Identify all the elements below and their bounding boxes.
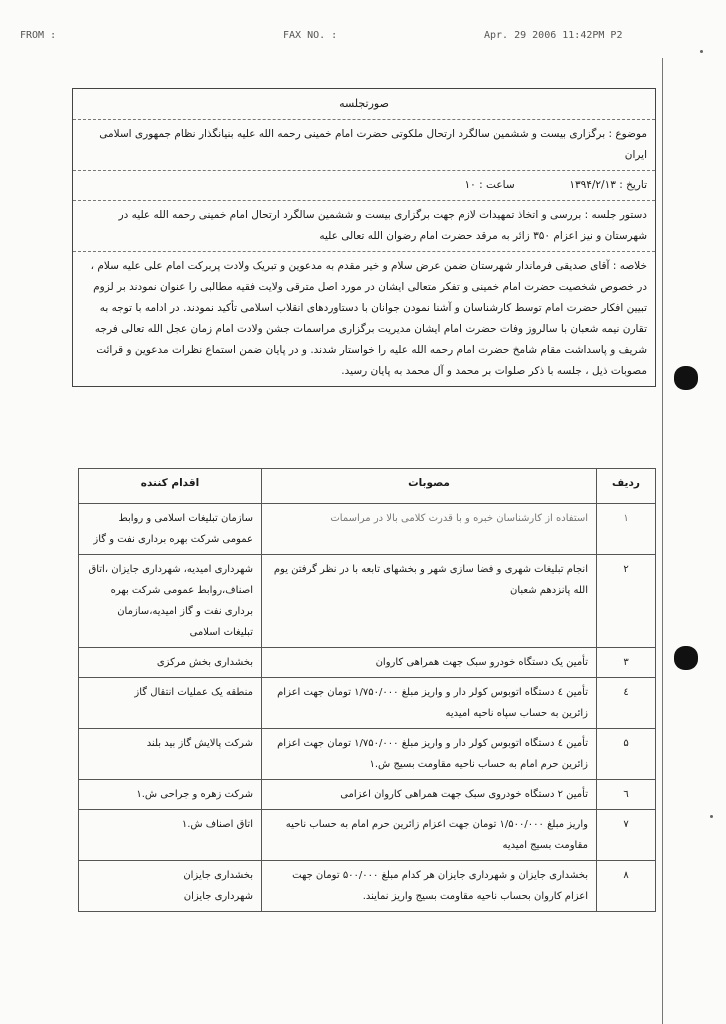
- date-time-row: تاریخ : ۱۳۹۴/۲/۱۳ ساعت : ۱۰: [73, 171, 655, 201]
- table-row: ۷ واریز مبلغ ۱/۵۰۰/۰۰۰ تومان جهت اعزام ز…: [79, 810, 656, 861]
- header-resolution: مصوبات: [262, 469, 597, 504]
- fax-number: FAX NO. :: [283, 30, 337, 41]
- table-row: ٦ تأمین ۲ دستگاه خودروی سبک جهت همراهی ک…: [79, 780, 656, 810]
- table-row: ٤ تأمین ٤ دستگاه اتوبوس کولر دار و واریز…: [79, 678, 656, 729]
- fax-from: FROM :: [20, 30, 56, 41]
- actor-text: منطقه یک عملیات انتقال گاز: [79, 678, 262, 729]
- table-row: ۸ بخشداری جایزان و شهرداری جایزان هر کدا…: [79, 861, 656, 912]
- row-number: ٤: [597, 678, 656, 729]
- minutes-box: صورتجلسه موضوع : برگزاری بیست و ششمین سا…: [72, 88, 656, 387]
- actor-text: شهرداری امیدیه، شهرداری جایزان ،اتاق اصن…: [79, 555, 262, 648]
- agenda-row: دستور جلسه : بررسی و اتخاذ تمهیدات لازم …: [73, 201, 655, 252]
- row-number: ۱: [597, 504, 656, 555]
- resolution-text: انجام تبلیغات شهری و فضا سازی شهر و بخشه…: [262, 555, 597, 648]
- resolution-text: واریز مبلغ ۱/۵۰۰/۰۰۰ تومان جهت اعزام زائ…: [262, 810, 597, 861]
- resolution-text: تأمین یک دستگاه خودرو سبک جهت همراهی کار…: [262, 648, 597, 678]
- table-row: ۲ انجام تبلیغات شهری و فضا سازی شهر و بخ…: [79, 555, 656, 648]
- resolution-text: استفاده از کارشناسان خبره و با قدرت کلام…: [262, 504, 597, 555]
- minutes-title: صورتجلسه: [73, 89, 655, 120]
- resolution-text: تأمین ۲ دستگاه خودروی سبک جهت همراهی کار…: [262, 780, 597, 810]
- table-row: ۱ استفاده از کارشناسان خبره و با قدرت کل…: [79, 504, 656, 555]
- actor-text: سازمان تبلیغات اسلامی و روابط عمومی شرکت…: [79, 504, 262, 555]
- scan-speck: [700, 50, 703, 53]
- subject-label: موضوع :: [608, 128, 647, 140]
- resolution-text: بخشداری جایزان و شهرداری جایزان هر کدام …: [262, 861, 597, 912]
- subject-text: برگزاری بیست و ششمین سالگرد ارتحال ملکوت…: [99, 128, 647, 161]
- summary-text: آقای صدیقی فرماندار شهرستان ضمن عرض سلام…: [91, 260, 647, 377]
- row-number: ۵: [597, 729, 656, 780]
- summary-row: خلاصه : آقای صدیقی فرماندار شهرستان ضمن …: [73, 252, 655, 386]
- table-row: ۵ تأمین ٤ دستگاه اتوبوس کولر دار و واریز…: [79, 729, 656, 780]
- page-edge-rule: [662, 58, 663, 1024]
- header-actor: اقدام کننده: [79, 469, 262, 504]
- date-value: ۱۳۹۴/۲/۱۳: [569, 179, 616, 191]
- header-row-number: ردیف: [597, 469, 656, 504]
- date-label: تاریخ :: [619, 179, 647, 191]
- row-number: ۳: [597, 648, 656, 678]
- row-number: ٦: [597, 780, 656, 810]
- agenda-text: بررسی و اتخاذ تمهیدات لازم جهت برگزاری ب…: [119, 209, 647, 242]
- scan-speck: [710, 815, 713, 818]
- subject-row: موضوع : برگزاری بیست و ششمین سالگرد ارتح…: [73, 120, 655, 171]
- fax-header: FROM : FAX NO. : Apr. 29 2006 11:42PM P2: [0, 30, 726, 46]
- resolution-text: تأمین ٤ دستگاه اتوبوس کولر دار و واریز م…: [262, 729, 597, 780]
- summary-label: خلاصه :: [613, 260, 647, 272]
- actor-text: شرکت پالایش گاز بید بلند: [79, 729, 262, 780]
- punch-hole-icon: [674, 646, 698, 670]
- time-value: ۱۰: [465, 179, 476, 191]
- actor-text: شرکت زهره و جراحی ش.۱: [79, 780, 262, 810]
- row-number: ۷: [597, 810, 656, 861]
- actor-text: بخشداری بخش مرکزی: [79, 648, 262, 678]
- row-number: ۸: [597, 861, 656, 912]
- resolutions-table: ردیف مصوبات اقدام کننده ۱ استفاده از کار…: [78, 468, 656, 912]
- fax-datetime: Apr. 29 2006 11:42PM P2: [484, 30, 622, 41]
- actor-text: اتاق اصناف ش.۱: [79, 810, 262, 861]
- row-number: ۲: [597, 555, 656, 648]
- actor-text: بخشداری جایزان شهرداری جایزان: [79, 861, 262, 912]
- table-row: ۳ تأمین یک دستگاه خودرو سبک جهت همراهی ک…: [79, 648, 656, 678]
- time-label: ساعت :: [479, 179, 514, 191]
- resolution-text: تأمین ٤ دستگاه اتوبوس کولر دار و واریز م…: [262, 678, 597, 729]
- agenda-label: دستور جلسه :: [585, 209, 647, 221]
- table-header-row: ردیف مصوبات اقدام کننده: [79, 469, 656, 504]
- punch-hole-icon: [674, 366, 698, 390]
